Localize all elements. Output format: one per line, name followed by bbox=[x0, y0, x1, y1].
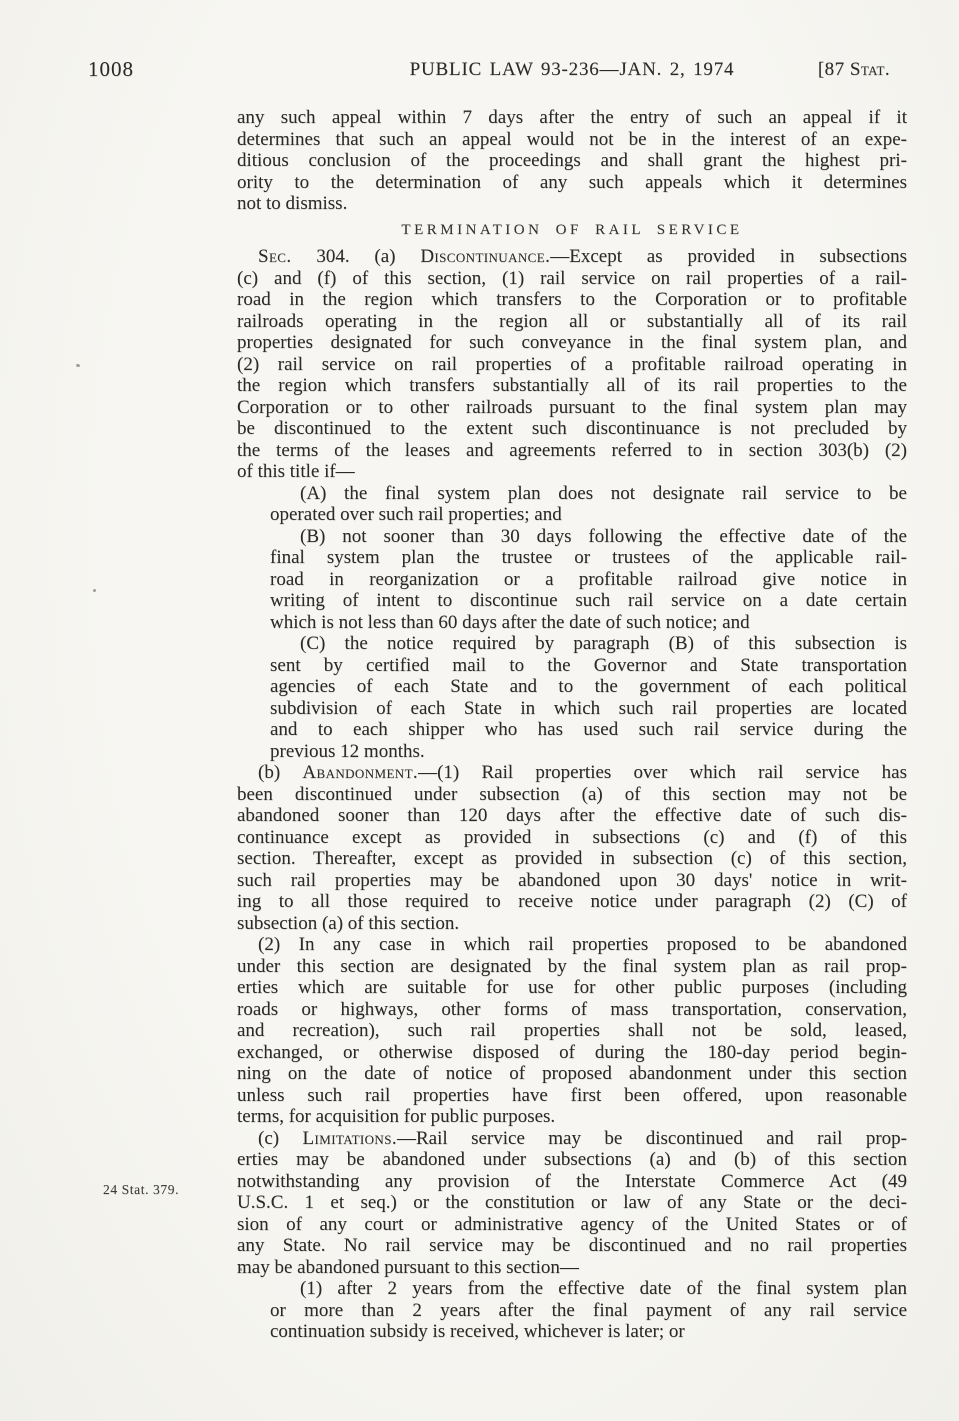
text-line: (c) and (f) of this section, (1) rail se… bbox=[237, 268, 907, 290]
text-line: continuance except as provided in subsec… bbox=[237, 827, 907, 849]
text-line: erties may be abandoned under subsection… bbox=[237, 1149, 907, 1171]
text-line: (2) In any case in which rail properties… bbox=[237, 934, 907, 956]
text-line: Corporation or to other railroads pursua… bbox=[237, 397, 907, 419]
text-line: Sec. 304. (a) Discontinuance.—Except as … bbox=[237, 246, 907, 268]
text-line: agencies of each State and to the govern… bbox=[270, 676, 907, 698]
text-line: the region which transfers substantially… bbox=[237, 375, 907, 397]
text-line: ority to the determination of any such a… bbox=[237, 172, 907, 194]
text-line: subdivision of each State in which such … bbox=[270, 698, 907, 720]
text-line: be discontinued to the extent such disco… bbox=[237, 418, 907, 440]
text-line: exchanged, or otherwise disposed of duri… bbox=[237, 1042, 907, 1064]
text-line: (b) Abandonment.—(1) Rail properties ove… bbox=[237, 762, 907, 784]
text-line: (C) the notice required by paragraph (B)… bbox=[270, 633, 907, 655]
text-line: terms, for acquisition for public purpos… bbox=[237, 1106, 907, 1128]
text-line: or more than 2 years after the final pay… bbox=[270, 1300, 907, 1322]
text-run: —(1) Rail properties over which rail ser… bbox=[418, 762, 907, 783]
text-line: which is not less than 60 days after the… bbox=[270, 612, 907, 634]
text-line: not to dismiss. bbox=[237, 193, 907, 215]
text-line: notwithstanding any provision of the Int… bbox=[237, 1171, 907, 1193]
text-line: of this title if— bbox=[237, 461, 907, 483]
text-run: (b) bbox=[258, 762, 302, 783]
text-run: (c) bbox=[258, 1128, 303, 1149]
text-line: and to each shipper who has used such ra… bbox=[270, 719, 907, 741]
text-line: U.S.C. 1 et seq.) or the constitution or… bbox=[237, 1192, 907, 1214]
stat-citation-word: Stat. bbox=[850, 59, 890, 80]
paragraph: (2) In any case in which rail properties… bbox=[237, 934, 907, 1128]
text-line: determines that such an appeal would not… bbox=[237, 129, 907, 151]
text-line: may be abandoned pursuant to this sectio… bbox=[237, 1257, 907, 1279]
text-run: —Rail service may be discontinued and ra… bbox=[397, 1128, 907, 1149]
stat-citation-number: [87 bbox=[818, 59, 850, 80]
paragraph: (1) after 2 years from the effective dat… bbox=[270, 1278, 907, 1343]
paragraph: (C) the notice required by paragraph (B)… bbox=[270, 633, 907, 762]
text-line: such rail properties may be abandoned up… bbox=[237, 870, 907, 892]
text-line: road in the region which transfers to th… bbox=[237, 289, 907, 311]
text-line: abandoned sooner than 120 days after the… bbox=[237, 805, 907, 827]
text-line: (1) after 2 years from the effective dat… bbox=[270, 1278, 907, 1300]
text-run: —Except as provided in subsections bbox=[550, 246, 907, 267]
text-run: 304. (a) bbox=[292, 246, 421, 267]
document-page: 1008 PUBLIC LAW 93-236—JAN. 2, 1974 [87 … bbox=[0, 0, 959, 1421]
paragraph: (B) not sooner than 30 days following th… bbox=[270, 526, 907, 634]
paragraph: (c) Limitations.—Rail service may be dis… bbox=[237, 1128, 907, 1279]
text-line: any State. No rail service may be discon… bbox=[237, 1235, 907, 1257]
stat-citation: [87 Stat. bbox=[818, 59, 890, 81]
text-line: section. Thereafter, except as provided … bbox=[237, 848, 907, 870]
text-line: (2) rail service on rail properties of a… bbox=[237, 354, 907, 376]
text-line: (B) not sooner than 30 days following th… bbox=[270, 526, 907, 548]
text-line: unless such rail properties have first b… bbox=[237, 1085, 907, 1107]
small-caps-term: Discontinuance. bbox=[420, 246, 550, 267]
small-caps-term: Limitations. bbox=[303, 1128, 398, 1149]
text-line: (c) Limitations.—Rail service may be dis… bbox=[237, 1128, 907, 1150]
text-line: ing to all those required to receive not… bbox=[237, 891, 907, 913]
text-line: (A) the final system plan does not desig… bbox=[270, 483, 907, 505]
text-line: subsection (a) of this section. bbox=[237, 913, 907, 935]
text-line: ditious conclusion of the proceedings an… bbox=[237, 150, 907, 172]
text-line: writing of intent to discontinue such ra… bbox=[270, 590, 907, 612]
text-line: sion of any court or administrative agen… bbox=[237, 1214, 907, 1236]
running-head: PUBLIC LAW 93-236—JAN. 2, 1974 bbox=[237, 59, 907, 81]
scan-speck bbox=[76, 363, 81, 367]
text-line: road in reorganization or a profitable r… bbox=[270, 569, 907, 591]
small-caps-term: Sec. bbox=[258, 246, 292, 267]
paragraph: Sec. 304. (a) Discontinuance.—Except as … bbox=[237, 246, 907, 483]
text-line: erties which are suitable for use for ot… bbox=[237, 977, 907, 999]
text-line: and recreation), such rail properties sh… bbox=[237, 1020, 907, 1042]
text-line: ning on the date of notice of proposed a… bbox=[237, 1063, 907, 1085]
text-line: under this section are designated by the… bbox=[237, 956, 907, 978]
small-caps-term: Abandonment. bbox=[302, 762, 418, 783]
paragraph: (b) Abandonment.—(1) Rail properties ove… bbox=[237, 762, 907, 934]
text-line: been discontinued under subsection (a) o… bbox=[237, 784, 907, 806]
text-line: the terms of the leases and agreements r… bbox=[237, 440, 907, 462]
text-line: previous 12 months. bbox=[270, 741, 907, 763]
margin-note: 24 Stat. 379. bbox=[103, 1182, 223, 1198]
text-line: continuation subsidy is received, whiche… bbox=[270, 1321, 907, 1343]
paragraph: (A) the final system plan does not desig… bbox=[270, 483, 907, 526]
scan-speck bbox=[240, 1268, 242, 1271]
text-line: final system plan the trustee or trustee… bbox=[270, 547, 907, 569]
scan-speck bbox=[93, 589, 96, 592]
text-line: railroads operating in the region all or… bbox=[237, 311, 907, 333]
section-heading: TERMINATION OF RAIL SERVICE bbox=[237, 220, 907, 242]
page-number: 1008 bbox=[88, 57, 134, 82]
text-line: roads or highways, other forms of mass t… bbox=[237, 999, 907, 1021]
statute-text: any such appeal within 7 days after the … bbox=[237, 107, 907, 1343]
text-line: sent by certified mail to the Governor a… bbox=[270, 655, 907, 677]
text-line: properties designated for such conveyanc… bbox=[237, 332, 907, 354]
text-line: any such appeal within 7 days after the … bbox=[237, 107, 907, 129]
text-line: operated over such rail properties; and bbox=[270, 504, 907, 526]
paragraph: any such appeal within 7 days after the … bbox=[237, 107, 907, 215]
